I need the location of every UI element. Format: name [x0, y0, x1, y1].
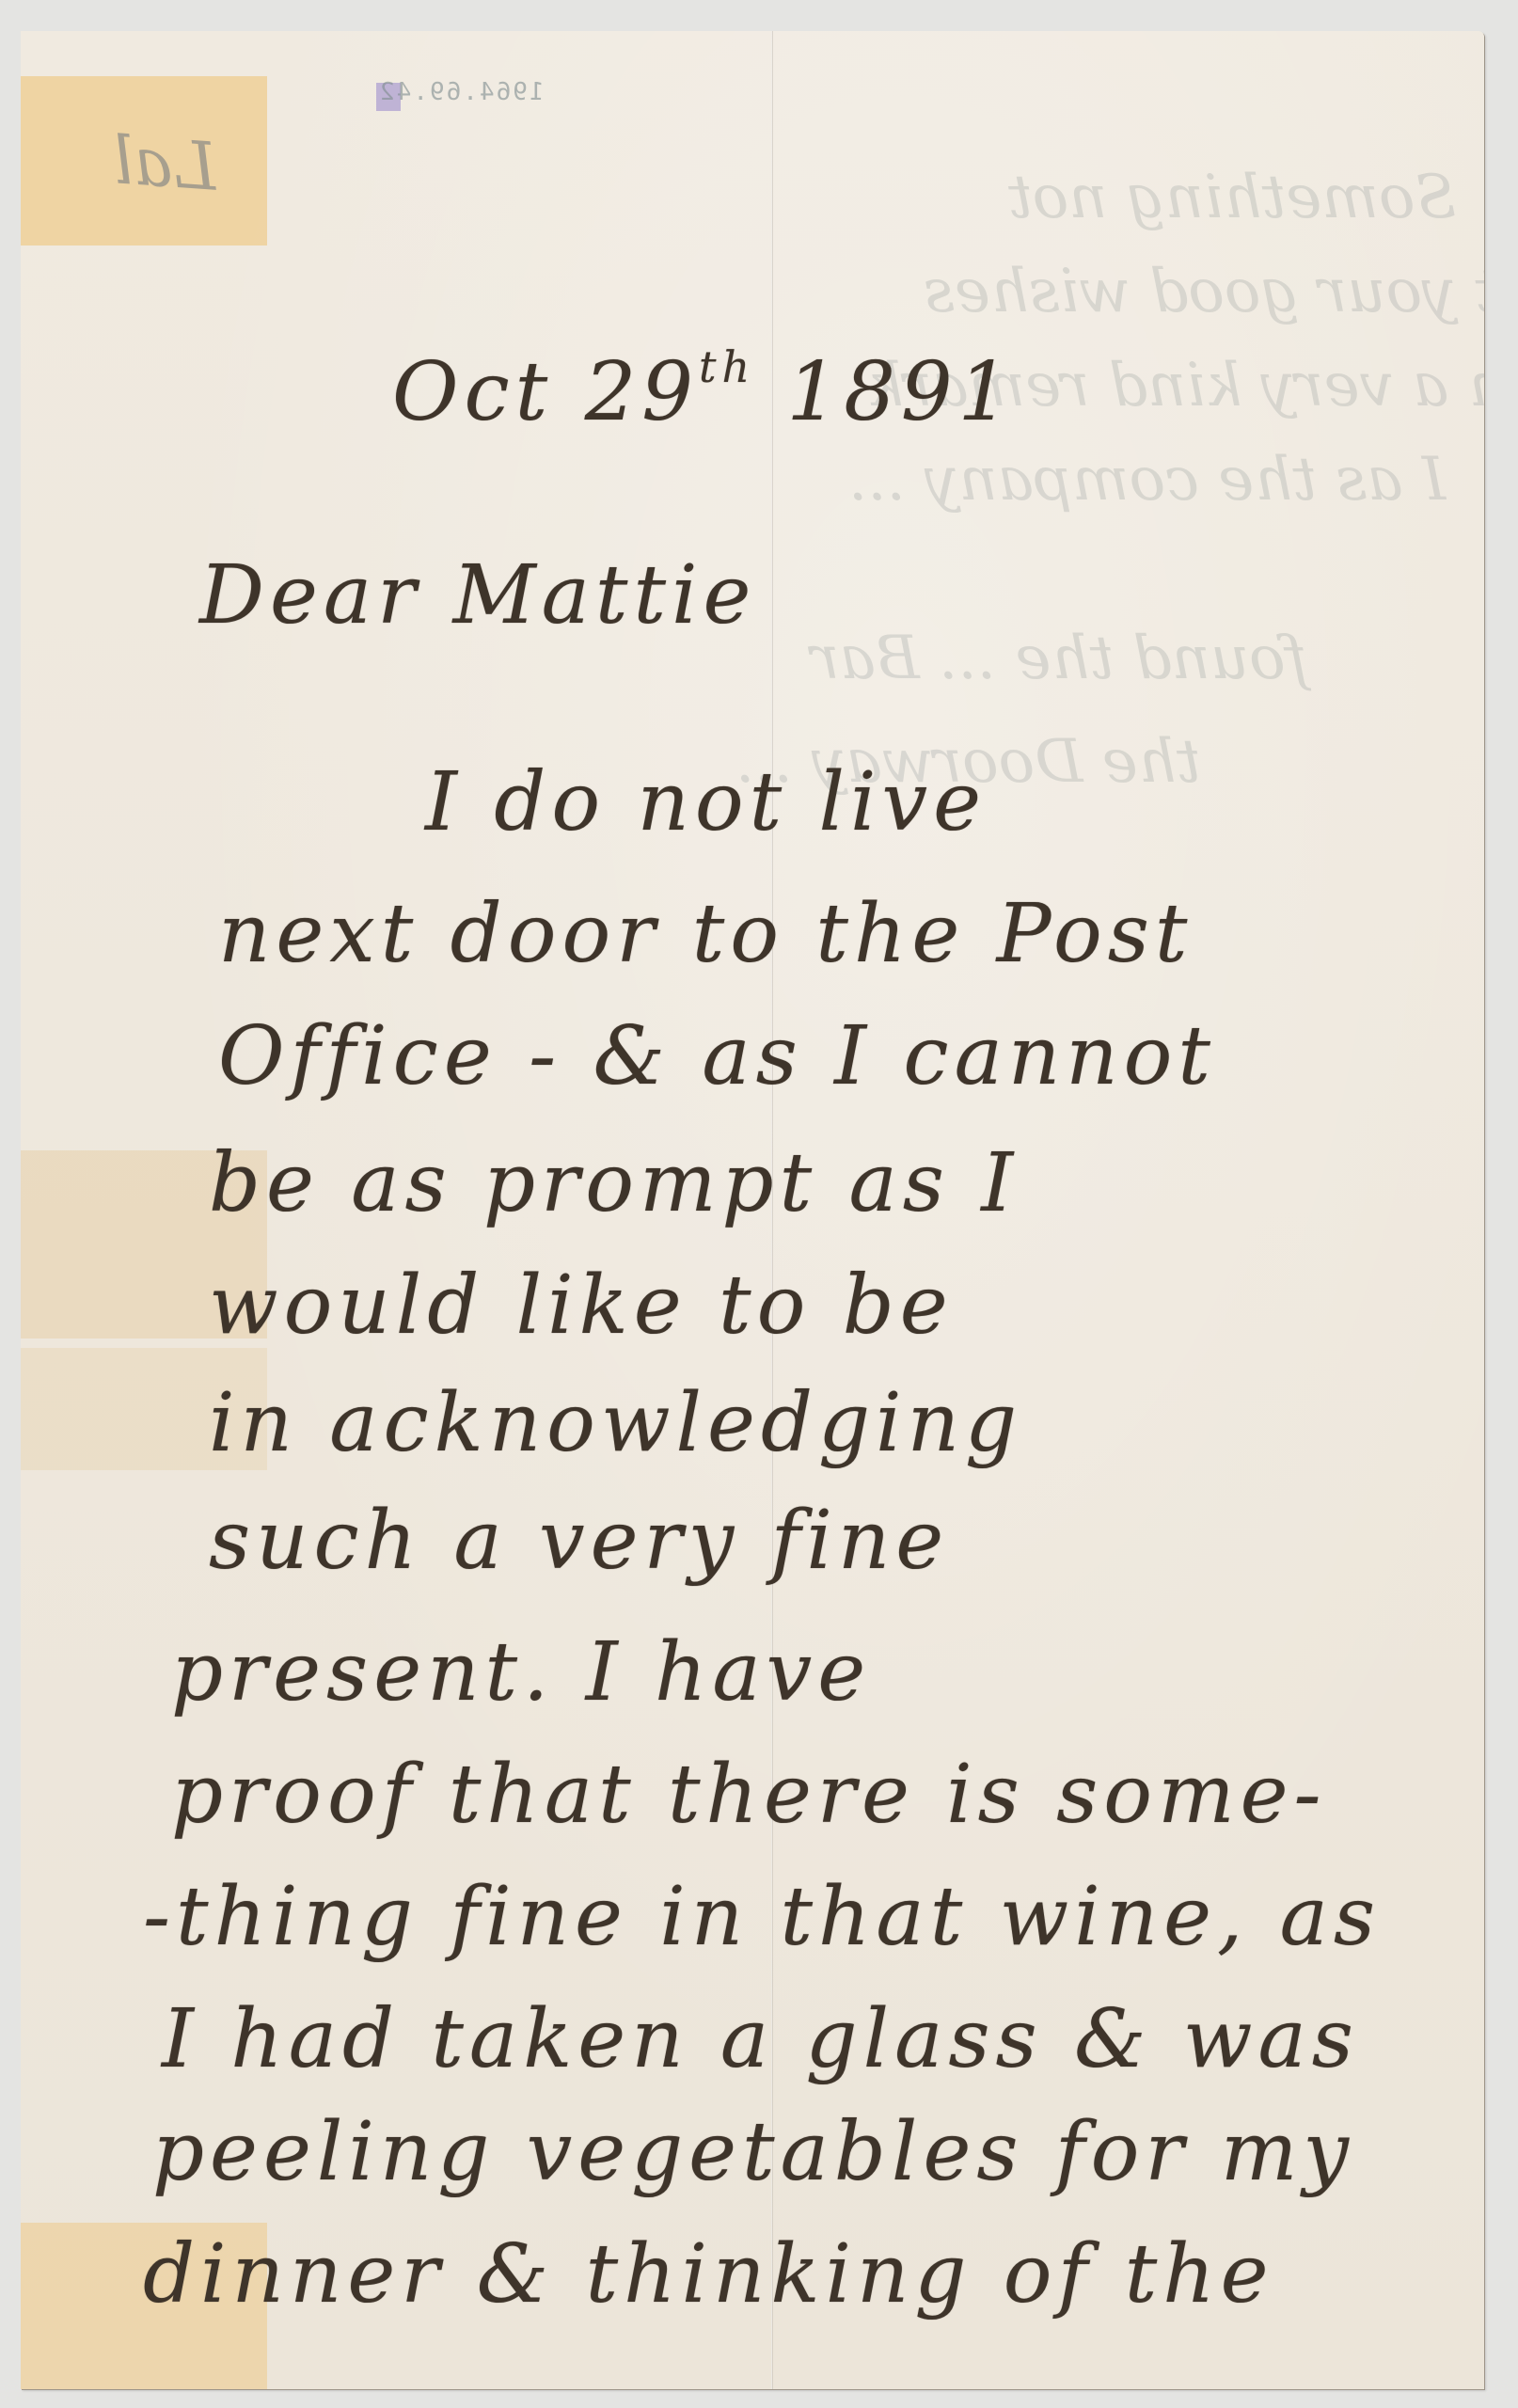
- date-year: 1891: [786, 345, 1015, 439]
- letter-line: I do not live: [425, 755, 987, 849]
- letter-line: proof that there is some-: [171, 1748, 1327, 1842]
- bleed-through-text: just your good wishes: [924, 257, 1484, 326]
- letter-line: -thing fine in that wine, as: [143, 1870, 1381, 1964]
- bleed-through-text: Something not: [1008, 163, 1456, 232]
- date-suffix: th: [699, 341, 755, 392]
- letter-line: Office - & as I cannot: [218, 1009, 1216, 1103]
- letter-line: peeling vegetables for my: [152, 2105, 1354, 2199]
- letter-line: in acknowledging: [209, 1376, 1022, 1470]
- bleed-through-text: I as the company ...: [848, 445, 1446, 515]
- letter-line: such a very fine: [209, 1494, 949, 1588]
- date-month: Oct: [392, 345, 553, 439]
- letter-line: I had taken a glass & was: [162, 1992, 1359, 2086]
- letter-line: be as prompt as I: [209, 1136, 1019, 1230]
- date-day: 29: [585, 345, 699, 439]
- letter-line: present. I have: [171, 1625, 871, 1719]
- letter-line: would like to be: [209, 1259, 954, 1353]
- salutation: Dear Mattie: [199, 548, 756, 642]
- letter-line: dinner & thinking of the: [143, 2227, 1274, 2321]
- letter-page: 1964.69.42 Lal Something not just your g…: [21, 31, 1484, 2389]
- pencil-note: Lal: [110, 121, 219, 206]
- bleed-through-text: found the ... Bar: [811, 624, 1307, 693]
- letter-line: next door to the Post: [218, 887, 1193, 981]
- accession-number: 1964.69.42: [378, 78, 545, 106]
- letter-date: Oct 29th 1891: [392, 341, 1015, 439]
